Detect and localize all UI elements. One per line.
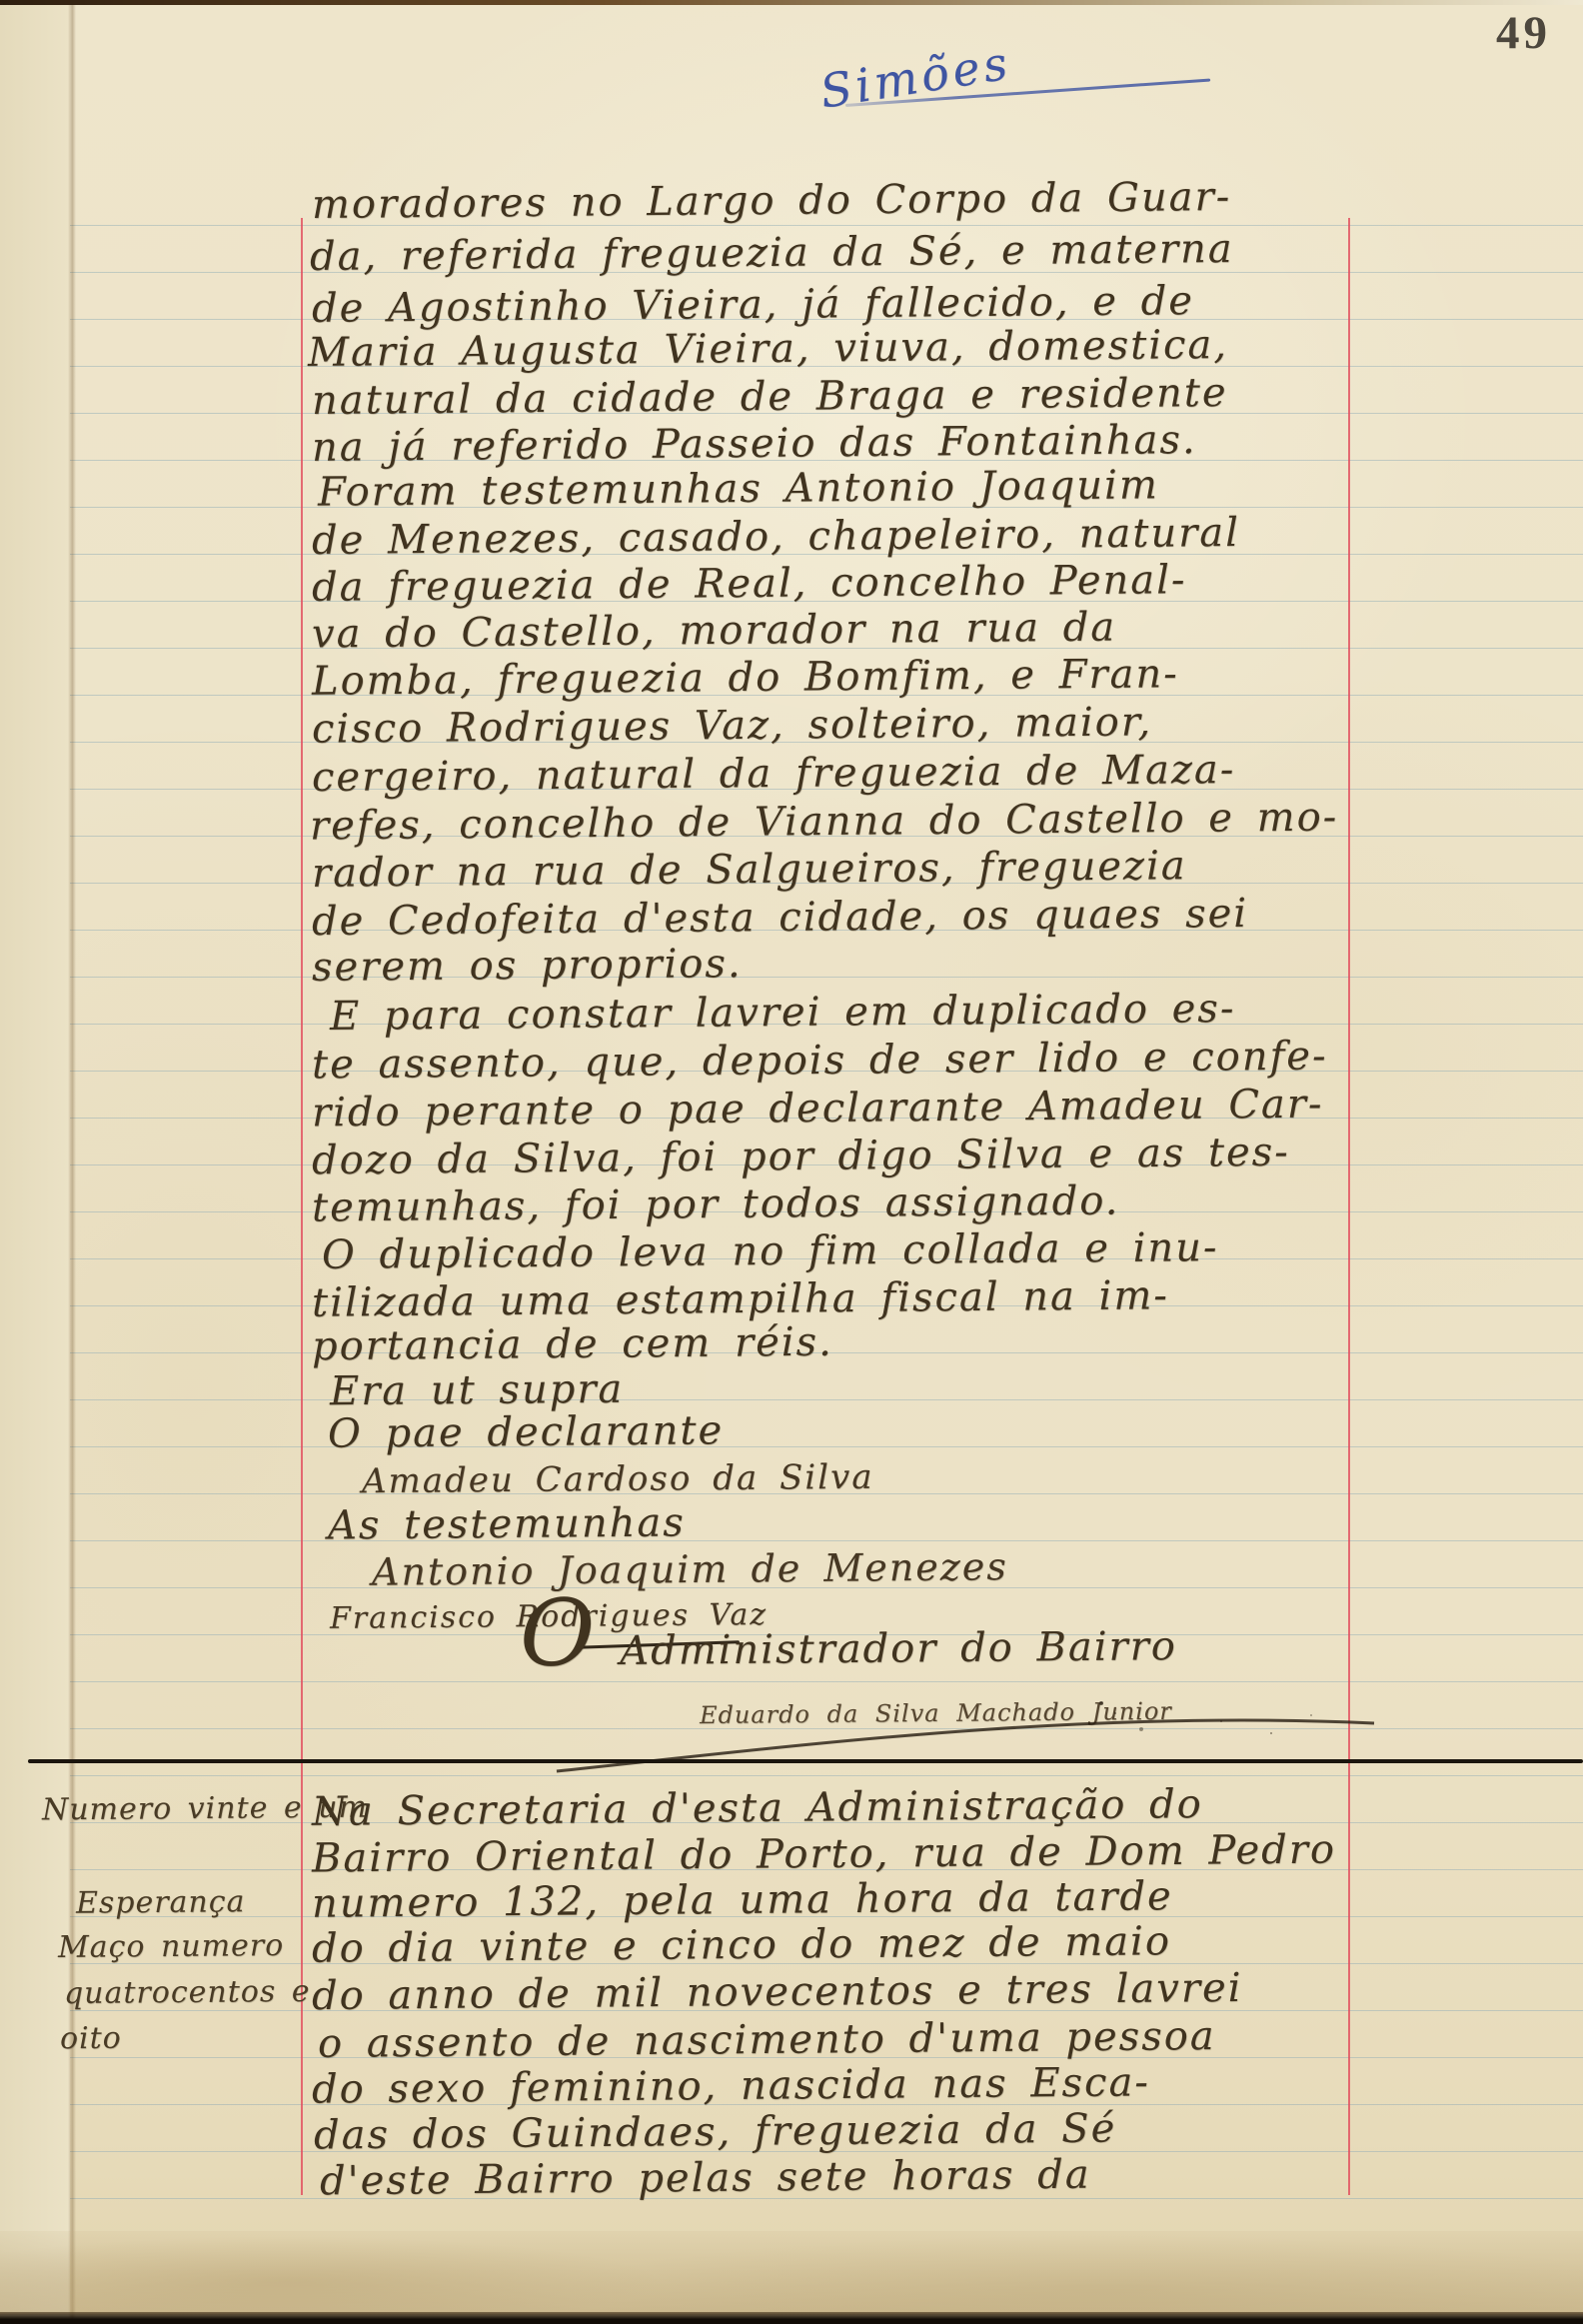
manuscript-line: Era ut supra (330, 1366, 625, 1415)
margin-note-maco: oito (60, 2021, 122, 2057)
manuscript-line: da, referida freguezia da Sé, e materna (310, 226, 1234, 280)
page-bottom-aging (0, 2231, 1583, 2315)
signature-pae-declarante: Amadeu Cardoso da Silva (362, 1457, 874, 1501)
manuscript-line: Lomba, freguezia do Bomfim, e Fran- (312, 651, 1179, 705)
manuscript-line: cisco Rodrigues Vaz, solteiro, maior, (312, 699, 1153, 752)
manuscript-line: moradores no Largo do Corpo da Guar- (312, 174, 1232, 228)
manuscript-line: da freguezia de Real, concelho Penal- (312, 557, 1187, 611)
manuscript-line: va do Castello, morador na rua da (312, 604, 1116, 657)
manuscript-line: do dia vinte e cinco do mez de maio (312, 1918, 1171, 1972)
binding-margin (0, 0, 70, 2324)
testemunhas-label: As testemunhas (328, 1499, 686, 1548)
register-page: 49 Simões moradores no Largo do Corpo da… (0, 0, 1583, 2324)
manuscript-line: portancia de cem réis. (312, 1319, 833, 1370)
manuscript-line: te assento, que, depois de ser lido e co… (312, 1034, 1328, 1089)
manuscript-line: dozo da Silva, foi por digo Silva e as t… (312, 1130, 1290, 1184)
record-divider-line (28, 1759, 1583, 1763)
administrador-title: O Administrador do Bairro (520, 1608, 1177, 1675)
manuscript-line: de Menezes, casado, chapeleiro, natural (312, 510, 1240, 564)
margin-note-maco: quatrocentos e (64, 1974, 311, 2011)
manuscript-line: rido perante o pae declarante Amadeu Car… (312, 1082, 1324, 1137)
manuscript-line: Na Secretaria d'esta Administração do (312, 1781, 1203, 1835)
manuscript-line: E para constar lavrei em duplicado es- (330, 986, 1236, 1040)
ink-speckles (1099, 1701, 1103, 1705)
manuscript-line: das dos Guindaes, freguezia da Sé (314, 2105, 1117, 2158)
manuscript-line: do anno de mil novecentos e tres lavrei (312, 1965, 1243, 2019)
manuscript-line: serem os proprios. (312, 941, 743, 991)
manuscript-line: O pae declarante (328, 1407, 725, 1456)
manuscript-line: de Cedofeita d'esta cidade, os quaes sei (312, 891, 1248, 945)
left-margin-red-line (301, 218, 303, 2195)
manuscript-line: Maria Augusta Vieira, viuva, domestica, (308, 322, 1228, 376)
manuscript-line: rador na rua de Salgueiros, freguezia (312, 843, 1187, 897)
manuscript-line: natural da cidade de Braga e residente (312, 370, 1228, 424)
right-margin-red-line (1348, 218, 1350, 2195)
manuscript-line: o assento de nascimento d'uma pessoa (318, 2013, 1216, 2067)
manuscript-line: Bairro Oriental do Porto, rua de Dom Ped… (312, 1827, 1336, 1882)
manuscript-line: d'este Bairro pelas sete horas da (320, 2152, 1091, 2205)
manuscript-line: tilizada uma estampilha fiscal na im- (312, 1272, 1169, 1325)
page-top-edge (0, 0, 1583, 5)
manuscript-line: refes, concelho de Vianna do Castello e … (310, 795, 1339, 850)
margin-note-name: Esperança (76, 1884, 246, 1920)
manuscript-line: do sexo feminino, nascida nas Esca- (312, 2059, 1150, 2112)
manuscript-line: cergeiro, natural da freguezia de Maza- (312, 747, 1236, 801)
page-number: 49 (1496, 6, 1551, 60)
margin-note-maco: Maço numero (58, 1928, 285, 1965)
manuscript-line: Foram testemunhas Antonio Joaquim (318, 462, 1159, 515)
page-bottom-edge (0, 2312, 1583, 2324)
manuscript-line: O duplicado leva no fim collada e inu- (322, 1224, 1219, 1278)
manuscript-line: temunhas, foi por todos assignado. (312, 1177, 1120, 1230)
signature-testemunha-1: Antonio Joaquim de Menezes (372, 1544, 1008, 1594)
